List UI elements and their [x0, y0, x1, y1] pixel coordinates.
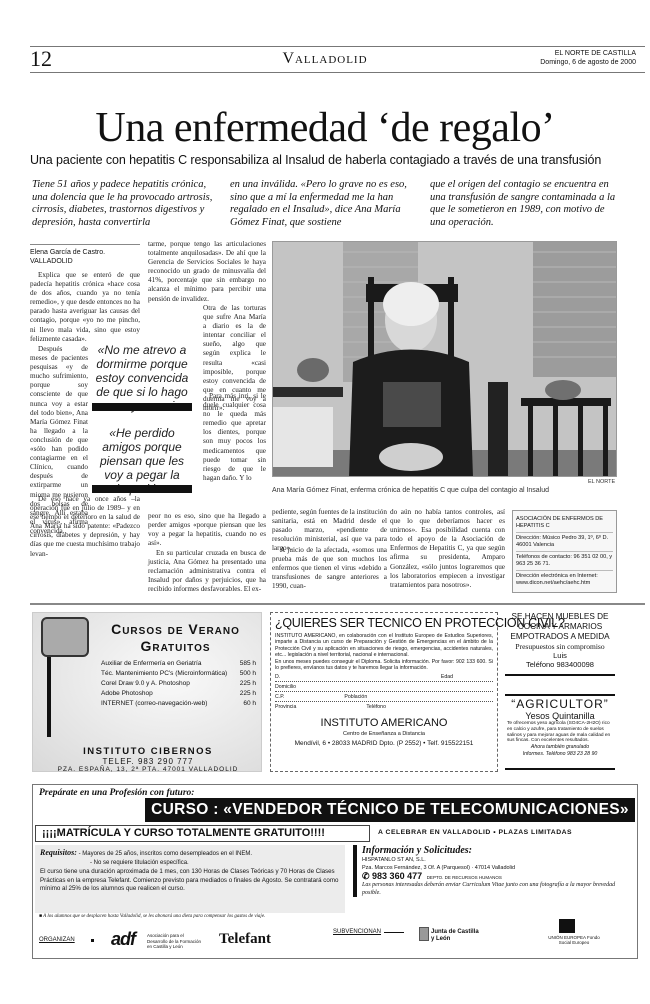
ad-telefant-free: ¡¡¡¡MATRÍCULA Y CURSO TOTALMENTE GRATUIT… — [35, 825, 370, 842]
body-col4: do aún no había tantos controles, así qu… — [390, 508, 505, 590]
course-row: INTERNET (correo-navegación-web)60 h — [101, 700, 256, 708]
organizers-label: ORGANIZAN — [39, 937, 75, 943]
form-field-address[interactable]: Domicilio — [275, 683, 493, 692]
course-row: Auxiliar de Enfermería en Geriatría585 h — [101, 660, 256, 668]
header-top-rule — [30, 46, 645, 47]
author: Elena García de Castro. — [30, 248, 140, 257]
course-row: Corel Draw 9.0 y A. Photoshop225 h — [101, 680, 256, 688]
body-col2-mid2: Para más inri, si le duele cualquier cos… — [203, 392, 266, 483]
course-row: Téc. Mantenimiento PC's (Microinformátic… — [101, 670, 256, 678]
ad-telefant-title: CURSO : «VENDEDOR TÉCNICO DE TELECOMUNIC… — [145, 798, 635, 822]
byline: Elena García de Castro. VALLADOLID — [30, 244, 140, 266]
dateline: VALLADOLID — [30, 257, 140, 266]
info-phone: ✆ 983 360 477 — [362, 871, 422, 881]
ad-telefant-pre: Prepárate en una Profesión con futuro: — [39, 788, 194, 798]
body-col1-top: Explica que se enteró de que padecía hep… — [30, 271, 140, 344]
ad-telefant-course: Prepárate en una Profesión con futuro: C… — [32, 784, 638, 959]
ad-americano-text: INSTITUTO AMERICANO, en colaboración con… — [275, 633, 493, 658]
info-dept: DEPTO. DE RECURSOS HUMANOS — [427, 875, 502, 880]
course-description: El curso tiene una duración aproximada d… — [40, 868, 340, 894]
ad-agricultor: “AGRICULTOR” Yesos Quintanilla Te ofrece… — [505, 694, 615, 770]
ad-agricultor-phone: Informes. Teléfono 983 23 28 90 — [505, 751, 615, 758]
info-title: Información y Solicitudes: — [362, 845, 633, 856]
ad-muebles-contact: Luis — [505, 651, 615, 660]
body-col2-top: tarme, porque tengo las articulaciones t… — [148, 240, 266, 304]
adf-logo: adf — [111, 929, 135, 950]
ad-telefant-note: ■ A los alumnos que se desplacen hasta V… — [39, 914, 265, 919]
ad-americano-address: Mendívil, 6 • 28033 MADRID Dpto. (P 2552… — [275, 740, 493, 747]
eu-flag-icon — [559, 919, 575, 933]
article-photo — [272, 241, 617, 477]
headline: Una enfermedad ‘de regalo’ — [0, 104, 650, 152]
ad-agricultor-body: Te ofrecemos yeso agrícola (SO4CA-2H2O) … — [505, 721, 615, 744]
quote-divider-2 — [92, 485, 192, 493]
ad-muebles-subtitle: Presupuestos sin compromiso — [505, 642, 615, 651]
photo-credit: EL NORTE — [588, 479, 615, 485]
body-col3b: A juicio de la afectada, «somos una prue… — [272, 546, 387, 591]
ad-muebles: SE HACEN MUEBLES DE COCINA Y ARMARIOS EM… — [505, 612, 615, 676]
body-col2-bottom: peor no es eso, sino que ha llegado a pe… — [148, 512, 266, 548]
newspaper-name: EL NORTE DE CASTILLA — [540, 49, 636, 58]
intro-col-3: que el origen del contagio se encuentra … — [430, 179, 620, 229]
form-field-name[interactable]: D. Edad — [275, 673, 493, 682]
course-list: Auxiliar de Enfermería en Geriatría585 h… — [101, 660, 256, 710]
bullet-icon — [91, 939, 94, 942]
telefant-logo: Telefant — [219, 931, 271, 948]
association-web: Dirección electrónica en Internet: www.d… — [516, 571, 613, 589]
jcyl-logo: Junta de Castilla y León — [431, 929, 481, 943]
jcyl-shield-icon — [419, 927, 429, 941]
connector-line — [384, 932, 404, 933]
association-title: ASOCIACIÓN DE ENFERMOS DE HEPATITIS C — [516, 514, 613, 533]
ad-agricultor-title: “AGRICULTOR” — [505, 697, 615, 711]
ad-cibernos-institute: INSTITUTO CIBERNOS — [33, 746, 263, 757]
ad-cibernos-phone: TELEF. 983 290 777 — [33, 757, 263, 766]
ad-cibernos-title: Cursos de Verano Gratuitos — [93, 621, 258, 655]
adf-subtitle: Asociación para el Desarrollo de la Form… — [147, 933, 202, 950]
ad-americano-institute: INSTITUTO AMERICANO — [275, 717, 493, 729]
quote-divider-1 — [92, 403, 192, 411]
ad-decoration — [47, 657, 51, 737]
requirements-label: Requisitos: — [40, 848, 77, 857]
ad-telefant-location: A CELEBRAR EN VALLADOLID • PLAZAS LIMITA… — [378, 829, 572, 836]
issue-date: Domingo, 6 de agosto de 2000 — [540, 58, 636, 67]
subheadline: Una paciente con hepatitis C responsabil… — [30, 153, 645, 167]
ad-agricultor-subtitle: Yesos Quintanilla — [505, 711, 615, 721]
association-info-box: ASOCIACIÓN DE ENFERMOS DE HEPATITIS C Di… — [512, 510, 617, 593]
ad-telefant-info: Información y Solicitudes: HISPATANLO ST… — [353, 845, 633, 897]
association-phone: Teléfonos de contacto: 96 351 02 00, y 9… — [516, 552, 613, 571]
ad-telefant-sponsors: ORGANIZAN adf Asociación para el Desarro… — [39, 925, 633, 957]
photo-caption: Ana María Gómez Finat, enferma crónica d… — [272, 487, 549, 494]
fse-label: UNIÓN EUROPEA Fondo Social Europeo — [544, 935, 604, 945]
ad-cibernos-address: PZA. ESPAÑA, 13, 2ª PTA. 47001 VALLADOLI… — [33, 766, 263, 773]
ad-cibernos: Cursos de Verano Gratuitos Auxiliar de E… — [32, 612, 262, 772]
info-company: HISPATANLO ST AN, S.L. — [362, 856, 633, 864]
header-bottom-rule — [30, 72, 645, 73]
ad-americano-title: ¿QUIERES SER TECNICO EN PROTECCION CIVIL… — [275, 616, 493, 630]
intro-col-1: Tiene 51 años y padece hepatitis crónica… — [32, 179, 222, 229]
body-col1-bottom: De eso hace ya once años –la operación f… — [30, 495, 140, 559]
course-row: Adobe Photoshop225 h — [101, 690, 256, 698]
cibernos-logo-icon — [41, 617, 89, 657]
form-field-province-phone[interactable]: ProvinciaTeléfono — [275, 703, 493, 711]
info-note: Las personas interesadas deberán enviar … — [362, 882, 633, 897]
masthead: EL NORTE DE CASTILLA Domingo, 6 de agost… — [540, 49, 636, 67]
body-col2-bottom2: En su particular cruzada en busca de jus… — [148, 549, 266, 594]
intro-col-2: en una inválida. «Pero lo grave no es es… — [230, 179, 420, 229]
form-field-zip-town[interactable]: C.P.Población — [275, 693, 493, 702]
ad-telefant-requirements: Requisitos: - Mayores de 25 años, inscri… — [35, 845, 345, 913]
ad-muebles-phone: Teléfono 983400098 — [505, 660, 615, 669]
ad-instituto-americano: ¿QUIERES SER TECNICO EN PROTECCION CIVIL… — [270, 612, 498, 772]
ad-americano-subtitle: Centro de Enseñanza a Distancia — [275, 731, 493, 737]
ad-americano-text2: En unos meses puedes conseguir el Diplom… — [275, 659, 493, 672]
article-ads-separator — [30, 603, 645, 605]
association-address: Dirección: Músico Pedro 39, 1º, 6º D. 46… — [516, 533, 613, 552]
ad-muebles-title: SE HACEN MUEBLES DE COCINA Y ARMARIOS EM… — [505, 612, 615, 642]
subsidizers-label: SUBVENCIONAN — [333, 929, 381, 935]
woman-portrait-image — [273, 242, 617, 477]
